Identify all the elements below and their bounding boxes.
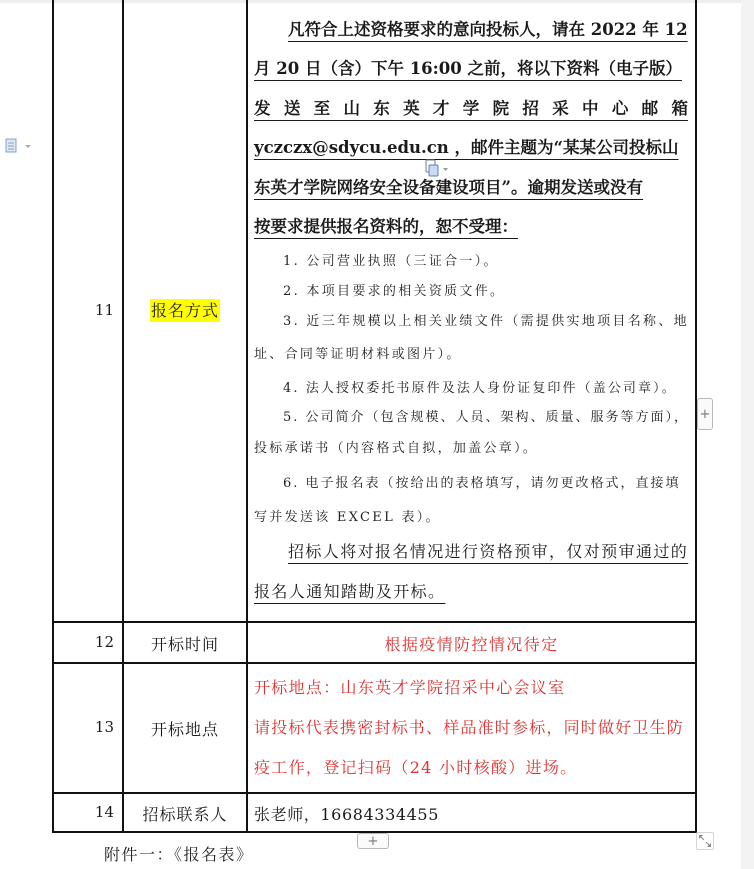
- table-border-left: [52, 0, 54, 832]
- list-item: 投标承诺书（内容格式自拟，加盖公章）。: [254, 440, 688, 458]
- contact-value[interactable]: 张老师，16684334455: [254, 802, 439, 825]
- list-item: 2. 本项目要求的相关资质文件。: [283, 283, 717, 301]
- intro-line-4-email: yczczx@sdycu.edu.cn ，邮件主题为“某某公司投标山: [254, 138, 688, 158]
- row-divider-11-12: [52, 621, 697, 623]
- row-label: 开标地点: [124, 717, 246, 740]
- page-right-gutter: [741, 0, 754, 869]
- add-row-button[interactable]: +: [357, 833, 389, 849]
- document-options-icon[interactable]: [5, 138, 19, 154]
- intro-line-1: 凡符合上述资格要求的意向投标人，请在 2022 年 12: [288, 20, 688, 40]
- table-col-divider-1: [122, 0, 124, 832]
- row-label: 报名方式: [124, 298, 246, 321]
- row-number: 13: [54, 718, 114, 736]
- list-item: 写并发送该 EXCEL 表）。: [254, 509, 688, 527]
- row-divider-12-13: [52, 662, 697, 664]
- closing-line-2: 报名人通知踏勘及开标。: [254, 582, 445, 602]
- highlighted-label: 报名方式: [150, 299, 220, 322]
- list-item: 6. 电子报名表（按给出的表格填写，请勿更改格式，直接填: [283, 475, 717, 493]
- location-line-1: 开标地点：山东英才学院招采中心会议室: [254, 678, 565, 698]
- paste-options-icon[interactable]: [424, 158, 450, 180]
- list-item: 1. 公司营业执照（三证合一）。: [283, 253, 717, 271]
- list-item: 4. 法人授权委托书原件及法人身份证复印件（盖公司章）。: [283, 380, 717, 398]
- list-item: 5. 公司简介（包含规模、人员、架构、质量、服务等方面），: [283, 409, 717, 427]
- intro-line-6: 按要求提供报名资料的，恕不受理：: [254, 217, 518, 237]
- opening-time-value[interactable]: 根据疫情防控情况待定: [248, 632, 695, 655]
- row-label: 招标联系人: [124, 802, 246, 825]
- list-item: 3. 近三年规模以上相关业绩文件（需提供实地项目名称、地: [283, 313, 717, 331]
- page-top-edge: [0, 0, 754, 3]
- add-column-button[interactable]: +: [697, 398, 713, 430]
- intro-line-2: 月 20 日（含）下午 16:00 之前，将以下资料（电子版）: [254, 59, 688, 79]
- attachment-note: 附件一：《报名表》: [104, 842, 254, 865]
- row-number: 14: [54, 803, 114, 821]
- row-number: 12: [54, 633, 114, 651]
- row-label: 开标时间: [124, 632, 246, 655]
- location-line-3: 疫工作，登记扫码（24 小时核酸）进场。: [254, 758, 577, 778]
- row-divider-13-14: [52, 792, 697, 794]
- list-item: 址、合同等证明材料或图片）。: [254, 346, 688, 364]
- intro-line-3: 发送至山东英才学院招采中心邮箱: [254, 99, 688, 119]
- location-line-2: 请投标代表携密封标书、样品准时参标，同时做好卫生防: [254, 718, 684, 738]
- table-col-divider-2: [246, 0, 248, 832]
- intro-line-5: 东英才学院网络安全设备建设项目”。逾期发送或没有: [254, 178, 688, 198]
- closing-line-1: 招标人将对报名情况进行资格预审，仅对预审通过的: [288, 542, 688, 562]
- row-number: 11: [54, 301, 114, 319]
- table-resize-icon[interactable]: [696, 832, 714, 850]
